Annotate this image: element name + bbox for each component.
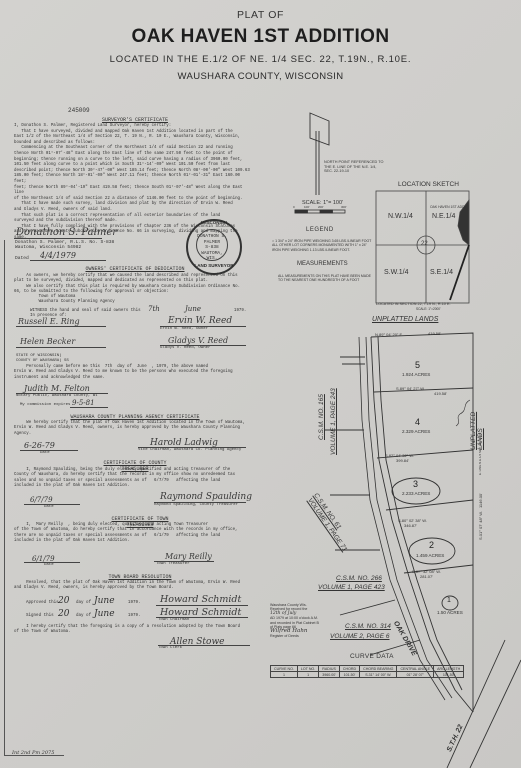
lot-4-acres: 2.329 ACRES xyxy=(402,429,430,434)
lot-5-distance: 419.58' xyxy=(434,391,447,396)
curve-data-table: CURVE NO.LOT NO.RADIUSCHORDCHORD BEARING… xyxy=(270,665,464,678)
east-distance: 1146.00' xyxy=(478,493,483,508)
lot-3-distance: 346.87' xyxy=(404,523,417,528)
measurements-text: ALL MEASUREMENTS ON THIS PLAT HAVE BEEN … xyxy=(278,274,388,283)
lot-1-number: 1 xyxy=(447,597,451,604)
section-number: 22 xyxy=(421,241,428,247)
csm-266-label: C.S.M. NO. 266 xyxy=(336,575,382,582)
quarter-sw: S.W.1/4 xyxy=(384,269,409,276)
curve-cell: S.31° 14' 00" W. xyxy=(360,672,397,678)
lot-3-acres: 2.233 ACRES xyxy=(402,491,430,496)
scale-tick-3: 300' xyxy=(341,205,347,209)
recording-line7: Register of Deeds xyxy=(270,634,330,638)
csm-266-volume: VOLUME 1, PAGE 423 xyxy=(318,584,385,591)
lot-2-number: 2 xyxy=(429,540,434,550)
plat-boundary xyxy=(325,333,521,768)
quarter-ne: N.E.1/4 xyxy=(432,213,455,220)
unplatted-lands-top: UNPLATTED LANDS xyxy=(372,316,438,323)
east-bearing: S.01° 07' 48" W. xyxy=(478,511,483,540)
scale-tick-1: 100' xyxy=(304,205,310,209)
site-label: OAK HAVEN 1ST ADD. xyxy=(430,205,466,209)
curve-cell: 3960.00' xyxy=(319,672,340,678)
legend-text: ○ 1 3/4" x 24" IRON PIPE WEIGHING 3.65 L… xyxy=(272,239,382,252)
north-point-note: NORTH POINT REFERENCED TO THE E. LINE OF… xyxy=(324,160,384,174)
lot-5-acres: 1.924 ACRES xyxy=(402,372,430,377)
lot-4-distance: 399.84' xyxy=(396,458,409,463)
lot-5-bearing: S.89° 04' 27" W. xyxy=(396,386,425,391)
scale-tick-0: 0 xyxy=(293,205,295,209)
location-caption: LOCATED IN SECTION 22, T.19 N., R.10 E. xyxy=(376,302,451,306)
lot-5-number: 5 xyxy=(415,360,420,370)
curve-cell: 101.50' xyxy=(339,672,359,678)
curve-cell: 01° 28' 07" xyxy=(397,672,434,678)
csm-314-volume: VOLUME 2, PAGE 6 xyxy=(330,633,389,640)
location-scale: SCALE: 1"=2000' xyxy=(416,307,441,311)
lot-2-distance: 281.07' xyxy=(420,574,433,579)
table-row: 113960.00'101.50'S.31° 14' 00" W.01° 28'… xyxy=(271,672,464,678)
lot-3-number: 3 xyxy=(413,479,418,489)
recording-stamp: Waushara County Wis. Received for record… xyxy=(270,603,330,638)
plat-drawing xyxy=(0,0,521,768)
curve-cell: 1 xyxy=(271,672,298,678)
east-line-label: E. LINE N.E.1/4 SEC. 22-19-10 xyxy=(478,433,482,475)
north-bearing: N.89° 04' 20" E. xyxy=(375,332,403,337)
csm-165-label: C.S.M. NO. 165 xyxy=(318,394,325,440)
scale-tick-2: 200' xyxy=(318,205,324,209)
lot-1-acres: 1.50 ACRES xyxy=(437,610,463,615)
curve-cell: 101.50' xyxy=(434,672,464,678)
curve-data-heading: CURVE DATA xyxy=(350,653,394,660)
curve-cell: 1 xyxy=(297,672,318,678)
quarter-nw: N.W.1/4 xyxy=(388,213,413,220)
measurements-heading: MEASUREMENTS xyxy=(297,261,348,267)
csm-314-label: C.S.M. NO. 314 xyxy=(345,623,391,630)
quarter-se: S.E.1/4 xyxy=(430,269,453,276)
north-distance: 419.58' xyxy=(428,331,441,336)
legend-heading: LEGEND xyxy=(306,227,334,233)
csm-165-volume: VOLUME 1, PAGE 243 xyxy=(330,388,337,455)
scale-bar xyxy=(295,210,345,213)
location-sketch-heading: LOCATION SKETCH xyxy=(398,181,459,188)
north-arrow-icon xyxy=(310,113,329,195)
lot-2-acres: 1.459 ACRES xyxy=(416,553,444,558)
lot-4-number: 4 xyxy=(415,417,420,427)
